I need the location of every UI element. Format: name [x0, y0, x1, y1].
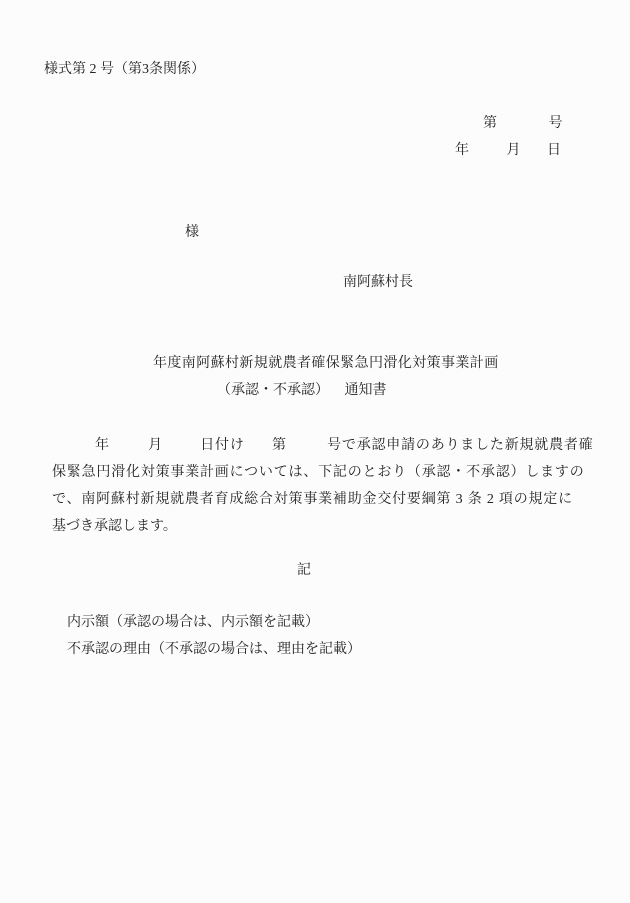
- body-paragraph-line2: 保緊急円滑化対策事業計画については、下記のとおり（承認・不承認）しますの: [52, 466, 585, 480]
- title-approval-choice: （承認・不承認）: [217, 384, 329, 398]
- document-number-line: 第 号: [483, 117, 563, 131]
- addressee-honorific: 様: [185, 226, 199, 240]
- form-number: 様式第 2 号（第3条関係）: [44, 63, 205, 77]
- ki-heading: 記: [297, 564, 311, 578]
- note-disapproval-reason: 不承認の理由（不承認の場合は、理由を記載）: [67, 643, 361, 657]
- body-paragraph-line1: 年 月 日付け 第 号で承認申請のありました新規就農者確: [52, 439, 594, 453]
- document-title-line2: （承認・不承認） 通知書: [217, 384, 387, 398]
- body-paragraph-line4: 基づき承認します。: [52, 520, 177, 534]
- body-year-label: 年: [95, 439, 110, 453]
- sender-name: 南阿蘇村長: [343, 276, 413, 290]
- notice-document-page: 様式第 2 号（第3条関係） 第 号 年 月 日 様 南阿蘇村長 年度南阿蘇村新…: [0, 0, 630, 903]
- body-month-label: 月: [148, 439, 163, 453]
- note-provisional-amount: 内示額（承認の場合は、内示額を記載）: [67, 616, 319, 630]
- document-number-suffix: 号: [549, 117, 563, 131]
- document-title-line1: 年度南阿蘇村新規就農者確保緊急円滑化対策事業計画: [153, 357, 499, 371]
- body-line1-text: 号で承認申請のありました新規就農者確: [327, 439, 593, 453]
- body-number-prefix: 第: [272, 439, 287, 453]
- title-notice-word: 通知書: [345, 384, 387, 398]
- body-paragraph-line3: で、南阿蘇村新規就農者育成総合対策事業補助金交付要綱第 3 条 2 項の規定に: [52, 493, 573, 507]
- date-line: 年 月 日: [455, 144, 561, 158]
- document-number-prefix: 第: [483, 117, 497, 131]
- body-day-suffix: 日付け: [200, 439, 244, 453]
- date-day-label: 日: [547, 144, 561, 158]
- date-year-label: 年: [455, 144, 469, 158]
- date-month-label: 月: [507, 144, 521, 158]
